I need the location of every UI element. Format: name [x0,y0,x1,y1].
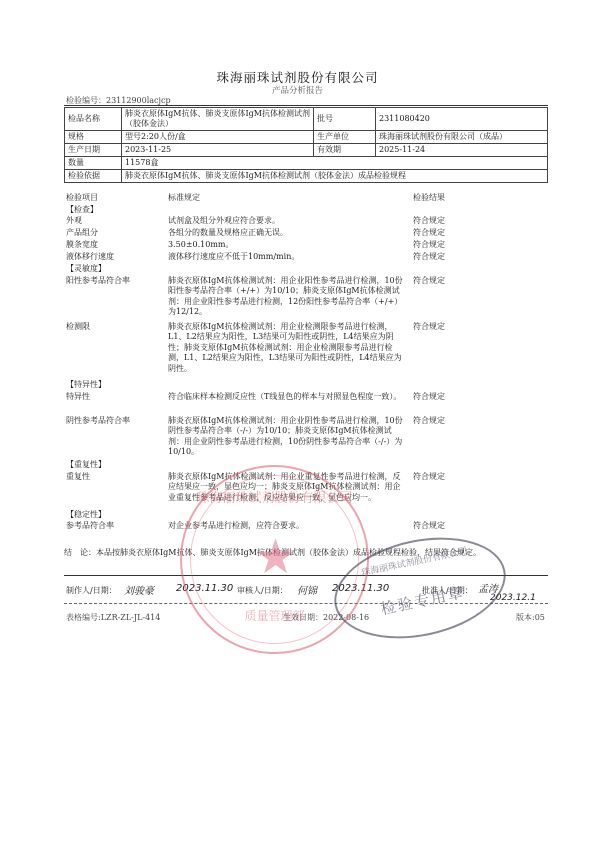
form-number: 表格编号:LZR-ZL-JL-414 [66,612,160,623]
mfg-date-label: 生产日期 [65,144,122,157]
batch-value: 2311080420 [376,108,548,131]
basis-label: 检验依据 [65,170,122,183]
batch-label: 批号 [314,108,376,131]
section-inspection: 【检查】 [66,205,550,215]
analysis-report-page: 珠海丽珠试剂股份有限公司 产品分析报告 检验编号：23112900lacjcp … [0,0,595,842]
basis-value: 肺炎衣原体IgM抗体、肺炎支原体IgM抗体检测试剂（胶体金法）成品检验规程 [122,170,548,183]
spec-label: 规格 [65,131,122,144]
result-status: 符合规定 [413,472,493,482]
header-divider [64,105,548,106]
section-sensitivity: 【灵敏度】 [66,264,550,274]
quantity-label: 数量 [65,157,122,170]
producer-label: 生产单位 [314,131,376,144]
company-seal-text: 珠海丽珠试剂股份有限公司 [182,487,367,506]
mfg-date-value: 2023-11-25 [122,144,314,157]
result-status: 符合规定 [413,521,493,531]
product-name-label: 检品名称 [65,108,122,131]
section-repeatability: 【重复性】 [66,460,550,470]
section-specificity: 【特异性】 [66,380,550,390]
inspection-number-label: 检验编号： [66,96,106,105]
inspection-seal-main: 检验专用章 [337,572,508,628]
result-status: 符合规定 [413,240,493,250]
column-result: 检验结果 [413,193,493,203]
expiry-label: 有效期 [314,144,376,157]
producer-value: 珠海丽珠试剂股份有限公司（成品） [376,131,548,144]
quantity-value: 11578盒 [122,157,548,170]
expiry-value: 2025-11-24 [376,144,548,157]
product-info-table: 检品名称 肺炎衣原体IgM抗体、肺炎支原体IgM抗体检测试剂（胶体金法） 批号 … [64,107,548,183]
result-status: 符合规定 [413,252,493,262]
result-status: 符合规定 [413,216,493,226]
result-status: 符合规定 [413,392,493,402]
result-status: 符合规定 [413,228,493,238]
column-item: 检验项目 [66,193,166,203]
maker-signature: 刘骏豪 [124,582,154,597]
result-status: 符合规定 [413,322,493,332]
maker-label: 制作人/日期： [66,585,117,596]
column-standard: 标准规定 [168,193,406,203]
result-status: 符合规定 [413,276,493,286]
inspection-number-value: 23112900lacjcp [106,96,171,105]
product-name-value: 肺炎衣原体IgM抗体、肺炎支原体IgM抗体检测试剂（胶体金法） [122,108,314,131]
result-status: 符合规定 [413,416,493,426]
star-icon: ★ [254,533,297,581]
spec-value: 型号2:20人份/盒 [122,131,314,144]
version: 版本:05 [516,612,545,623]
